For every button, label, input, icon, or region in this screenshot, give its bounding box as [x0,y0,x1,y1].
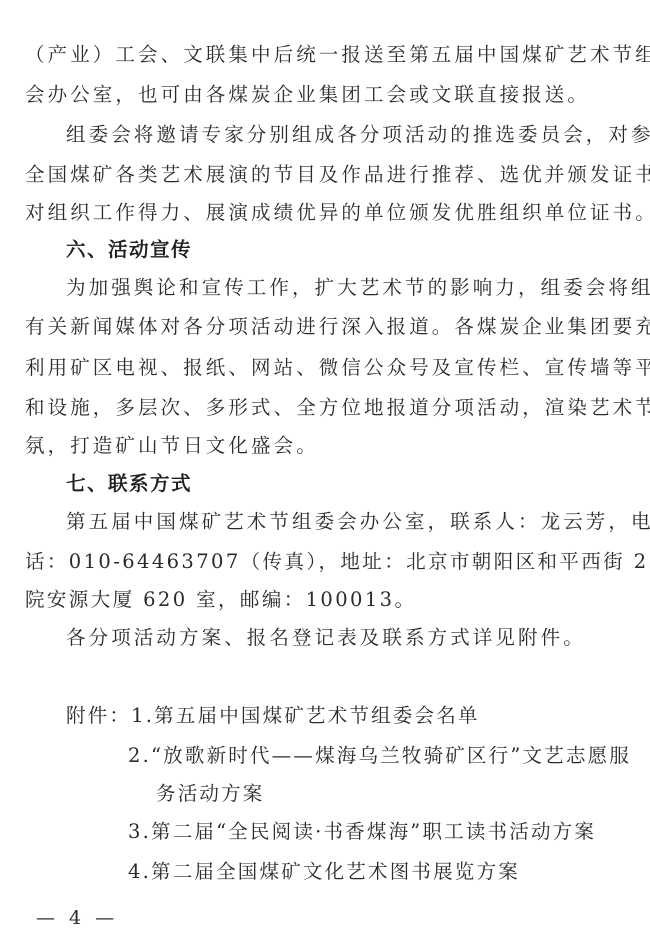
paragraph-line: 会办公室，也可由各煤炭企业集团工会或文联直接报送。 [25,82,625,108]
attachment-text: 1.第五届中国煤矿艺术节组委会名单 [131,704,480,727]
paragraph-line: 第五届中国煤矿艺术节组委会办公室，联系人：龙云芳，电 [66,509,650,535]
section-heading-publicity: 六、活动宣传 [66,237,650,263]
document-page: （产业）工会、文联集中后统一报送至第五届中国煤矿艺术节组委 会办公室，也可由各煤… [0,0,650,931]
paragraph-line: 有关新闻媒体对各分项活动进行深入报道。各煤炭企业集团要充分 [25,314,625,340]
paragraph-line: 利用矿区电视、报纸、网站、微信公众号及宣传栏、宣传墙等平台 [25,355,625,381]
contact-phone-address-line: 话：010-64463707（传真），地址：北京市朝阳区和平西街 23 号 [25,549,625,575]
paragraph-line: 组委会将邀请专家分别组成各分项活动的推选委员会，对参加 [66,122,650,148]
closing-line: 各分项活动方案、报名登记表及联系方式详见附件。 [66,625,650,651]
paragraph-line: 氛，打造矿山节日文化盛会。 [25,433,625,459]
contact-postcode-line: 院安源大厦 620 室，邮编：100013。 [25,587,625,613]
page-number: — 4 — [36,906,118,930]
paragraph-line: 全国煤矿各类艺术展演的节目及作品进行推荐、选优并颁发证书， [25,162,625,188]
paragraph-line: 对组织工作得力、展演成绩优异的单位颁发优胜组织单位证书。 [25,200,625,226]
attachment-item-2: 2.“放歌新时代——煤海乌兰牧骑矿区行”文艺志愿服 [128,743,650,769]
section-heading-contact: 七、联系方式 [66,471,650,497]
attachment-item-4: 4.第二届全国煤矿文化艺术图书展览方案 [128,859,650,885]
attachment-item-2-continued: 务活动方案 [156,781,650,807]
paragraph-line: 和设施，多层次、多形式、全方位地报道分项活动，渲染艺术节气 [25,395,625,421]
attachment-item-1: 附件：1.第五届中国煤矿艺术节组委会名单 [66,703,650,729]
attachment-item-3: 3.第二届“全民阅读·书香煤海”职工读书活动方案 [128,819,650,845]
attachments-label: 附件： [66,704,131,727]
paragraph-line: 为加强舆论和宣传工作，扩大艺术节的影响力，组委会将组织 [66,275,650,301]
paragraph-line: （产业）工会、文联集中后统一报送至第五届中国煤矿艺术节组委 [25,42,625,68]
